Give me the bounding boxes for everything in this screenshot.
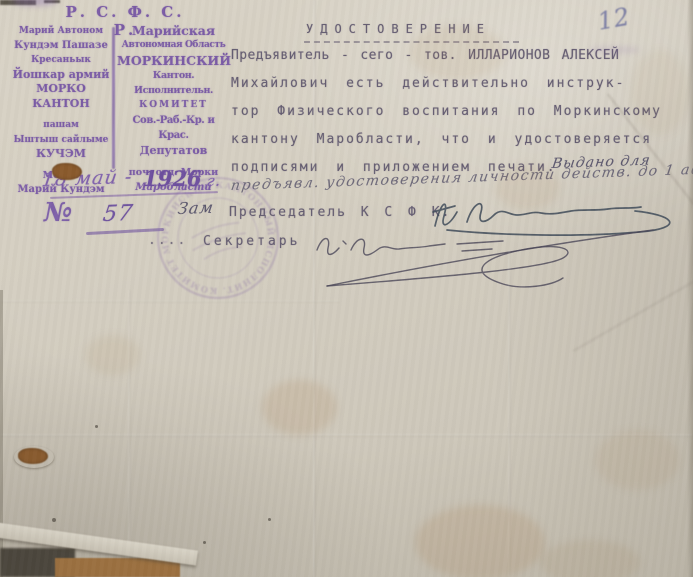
letterhead-line: МОРКО КАНТОН <box>10 82 112 111</box>
secretary-dotted-line: .... <box>148 233 187 248</box>
speck <box>52 518 56 522</box>
document-photo: МОРКИНСКИЙ КАНТОННЫЙ ИСПОЛНИТ. КОМИТЕТ •… <box>0 0 693 577</box>
body-line: тор Физического воспитания по Моркинском… <box>231 104 693 132</box>
fold-crease-horizontal <box>0 300 340 303</box>
numero-sign: № <box>44 198 72 228</box>
number-line: № 57 <box>44 198 133 228</box>
letterhead-line: Марийская <box>117 23 230 38</box>
body-line: Михайлович есть действительно инструк- <box>231 76 693 104</box>
paper-stain <box>85 335 140 375</box>
secretary-signature <box>305 226 660 304</box>
speck <box>268 518 271 521</box>
paper-stain <box>262 380 337 435</box>
letterhead-line: пашам <box>10 118 112 133</box>
letterhead-line: Сов.-Раб.-Кр. и Крас. <box>117 113 230 143</box>
paper-hole-shadow <box>14 446 54 468</box>
letterhead-line: Депутатов <box>117 143 230 158</box>
letterhead-line: Кундэм Пашазе <box>10 39 112 54</box>
photo-edge <box>687 0 693 577</box>
paper-stain <box>595 430 680 490</box>
paper-stain <box>495 165 560 210</box>
letterhead-line: Ыштыш сайлыме <box>10 133 112 148</box>
fold-crease-horizontal <box>0 434 693 437</box>
year-suffix: г. <box>205 172 222 190</box>
paper-tear <box>52 163 82 180</box>
cutoff-stamp-fragment <box>12 0 58 6</box>
fold-crease-vertical <box>313 0 316 577</box>
speck <box>203 541 206 544</box>
torn-corner-table <box>55 558 180 577</box>
paper-stain <box>540 540 640 577</box>
letterhead-line: Автономная Область <box>117 38 230 53</box>
secretary-label: Секретарь <box>203 234 300 249</box>
handwritten-number: 57 <box>102 201 136 227</box>
paper-stain <box>410 25 505 80</box>
paper-stain <box>415 505 545 577</box>
chairman-label: Председатель К С Ф К. <box>229 205 451 220</box>
ink-smudge <box>588 46 640 54</box>
letterhead-divider <box>112 27 115 169</box>
letterhead-line: Йошкар армий <box>10 68 112 83</box>
letterhead-line: Кресаньык <box>10 53 112 68</box>
corner-number: 12 <box>596 3 633 36</box>
year-stamp: 1926 <box>143 166 201 191</box>
letterhead-line: МОРКИНСКИЙ <box>117 53 230 68</box>
speck <box>95 425 98 428</box>
paper-stain <box>630 50 690 135</box>
letterhead-line: Кантон. Исполнительн. <box>117 68 230 98</box>
letterhead-line: КОМИТЕТ <box>117 98 230 113</box>
handwritten-zam: Зам <box>177 198 216 218</box>
letterhead-line: КУЧЭМ <box>10 147 112 162</box>
letterhead-line: Марий Автоном <box>10 24 112 39</box>
